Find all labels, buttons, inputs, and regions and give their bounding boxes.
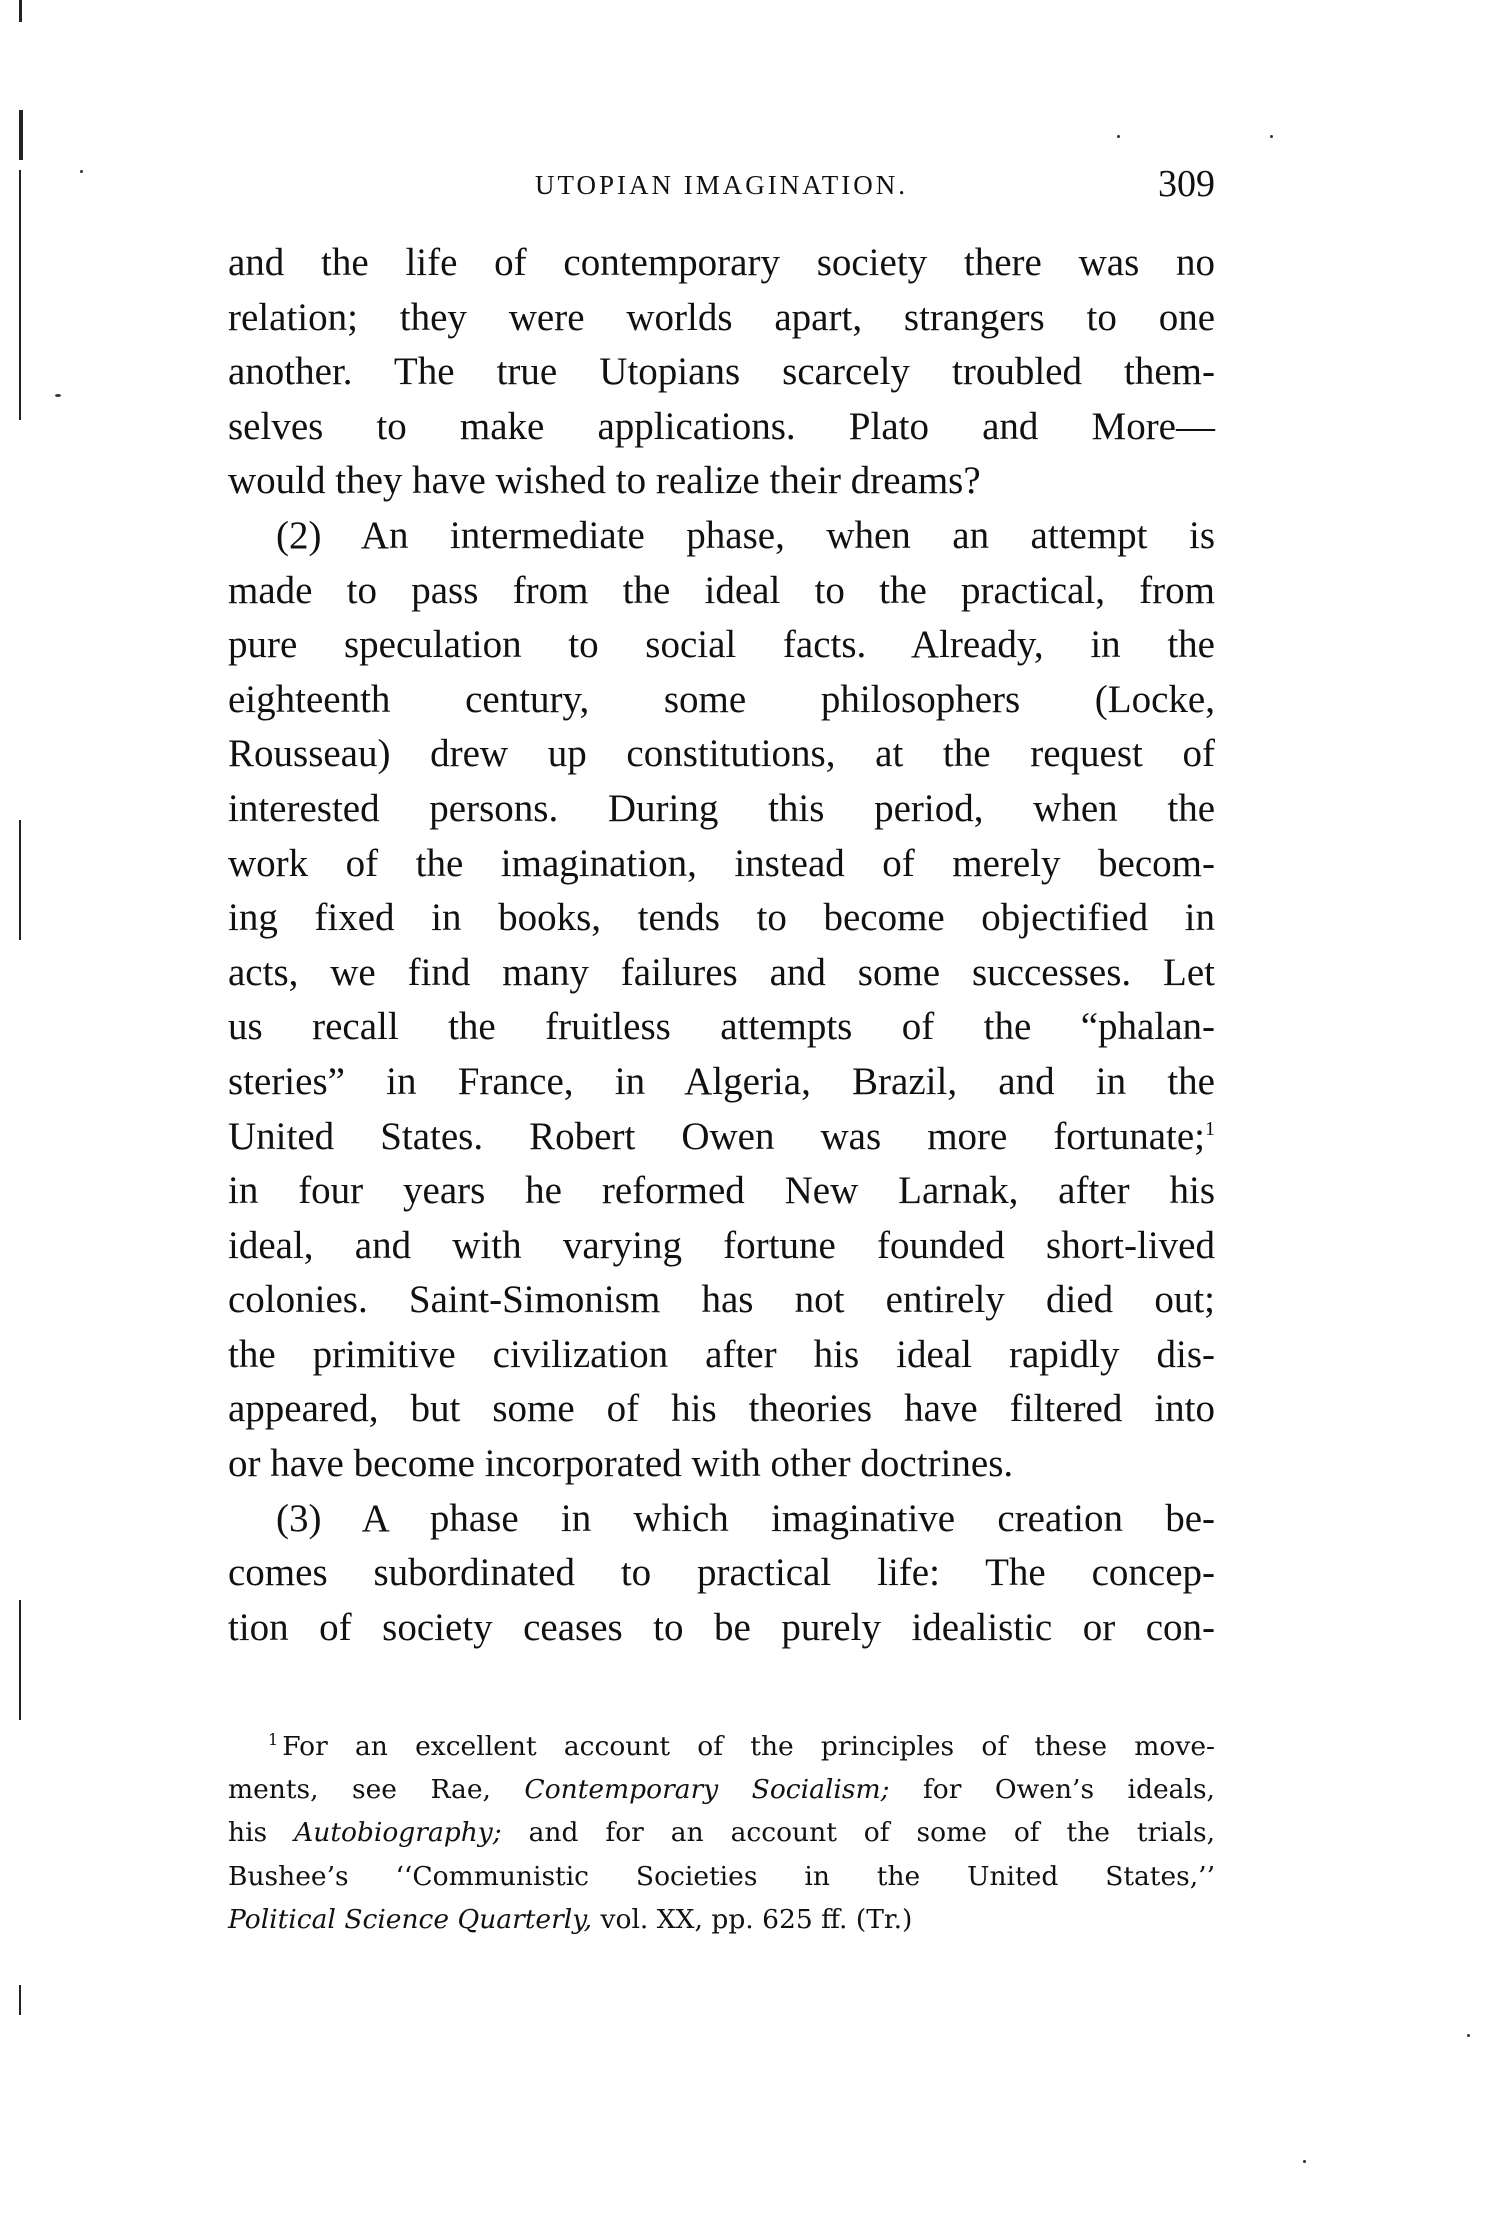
text-line: appeared, but some of his theories have …: [228, 1382, 1215, 1437]
text-line: in four years he reformed New Larnak, af…: [228, 1164, 1215, 1219]
scan-edge-artifact: [19, 170, 21, 420]
footnote-reference[interactable]: 1: [1205, 1118, 1215, 1140]
journal-title: Political Science Quarterly,: [228, 1904, 592, 1935]
text-line-with-footnote-ref: United States. Robert Owen was more fort…: [228, 1110, 1215, 1165]
text-line: another. The true Utopians scarcely trou…: [228, 345, 1215, 400]
scan-speck: [55, 394, 61, 397]
text-line: colonies. Saint-Simonism has not entirel…: [228, 1273, 1215, 1328]
body-text: and the life of contemporary society the…: [228, 236, 1215, 1655]
text-line: eighteenth century, some philosophers (L…: [228, 673, 1215, 728]
page-number: 309: [1158, 162, 1215, 206]
scan-edge-artifact: [19, 0, 22, 22]
scan-speck: [1270, 135, 1273, 138]
text-line: selves to make applications. Plato and M…: [228, 400, 1215, 455]
text-line: work of the imagination, instead of mere…: [228, 837, 1215, 892]
text-line: pure speculation to social facts. Alread…: [228, 618, 1215, 673]
scan-edge-artifact: [19, 820, 21, 940]
paragraph-continuation: and the life of contemporary society the…: [228, 236, 1215, 509]
footnote-text: his: [228, 1817, 294, 1848]
footnote-line: ments, see Rae, Contemporary Socialism; …: [228, 1768, 1215, 1811]
book-title: Autobiography;: [294, 1817, 502, 1848]
text-line: acts, we find many failures and some suc…: [228, 946, 1215, 1001]
scan-speck: [1117, 135, 1120, 138]
paragraph-phase-2: (2) An intermediate phase, when an attem…: [228, 509, 1215, 1492]
footnote: 1For an excellent account of the princip…: [228, 1725, 1215, 1941]
text-line: interested persons. During this period, …: [228, 782, 1215, 837]
scan-speck: [1467, 2034, 1470, 2037]
footnote-text: for Owen’s ideals,: [890, 1774, 1215, 1805]
footnote-line: 1For an excellent account of the princip…: [228, 1725, 1215, 1768]
text-line: would they have wished to realize their …: [228, 454, 1215, 509]
scan-edge-artifact: [19, 110, 23, 160]
text-line: or have become incorporated with other d…: [228, 1437, 1215, 1492]
footnote-text: vol. XX, pp. 625 ff. (Tr.): [592, 1904, 912, 1935]
text-line: United States. Robert Owen was more fort…: [228, 1115, 1205, 1158]
text-line: comes subordinated to practical life: Th…: [228, 1546, 1215, 1601]
footnote-text: and for an account of some of the trials…: [502, 1817, 1215, 1848]
text-line: us recall the fruitless attempts of the …: [228, 1000, 1215, 1055]
footnote-line: Political Science Quarterly, vol. XX, pp…: [228, 1898, 1215, 1941]
scan-speck: [1303, 2160, 1306, 2163]
text-line: made to pass from the ideal to the pract…: [228, 564, 1215, 619]
text-line: ideal, and with varying fortune founded …: [228, 1219, 1215, 1274]
scan-edge-artifact: [19, 1985, 21, 2015]
scan-edge-artifact: [19, 1600, 21, 1720]
text-line: tion of society ceases to be purely idea…: [228, 1601, 1215, 1656]
footnote-marker: 1: [268, 1730, 278, 1749]
page-header: UTOPIAN IMAGINATION. 309: [228, 160, 1215, 210]
footnote-text: For an excellent account of the principl…: [282, 1731, 1215, 1762]
text-line: ing fixed in books, tends to become obje…: [228, 891, 1215, 946]
footnote-text: ments, see Rae,: [228, 1774, 524, 1805]
text-line: and the life of contemporary society the…: [228, 236, 1215, 291]
text-line: the primitive civilization after his ide…: [228, 1328, 1215, 1383]
text-line: Rousseau) drew up constitutions, at the …: [228, 727, 1215, 782]
scan-speck: [80, 170, 83, 173]
text-line: (2) An intermediate phase, when an attem…: [228, 509, 1215, 564]
text-line: relation; they were worlds apart, strang…: [228, 291, 1215, 346]
footnote-line: his Autobiography; and for an account of…: [228, 1811, 1215, 1854]
footnote-line: Bushee’s ‘‘Communistic Societies in the …: [228, 1855, 1215, 1898]
text-line: steries” in France, in Algeria, Brazil, …: [228, 1055, 1215, 1110]
paragraph-phase-3: (3) A phase in which imaginative creatio…: [228, 1492, 1215, 1656]
text-line: (3) A phase in which imaginative creatio…: [228, 1492, 1215, 1547]
book-title: Contemporary Socialism;: [524, 1774, 889, 1805]
running-title: UTOPIAN IMAGINATION.: [228, 170, 1215, 201]
